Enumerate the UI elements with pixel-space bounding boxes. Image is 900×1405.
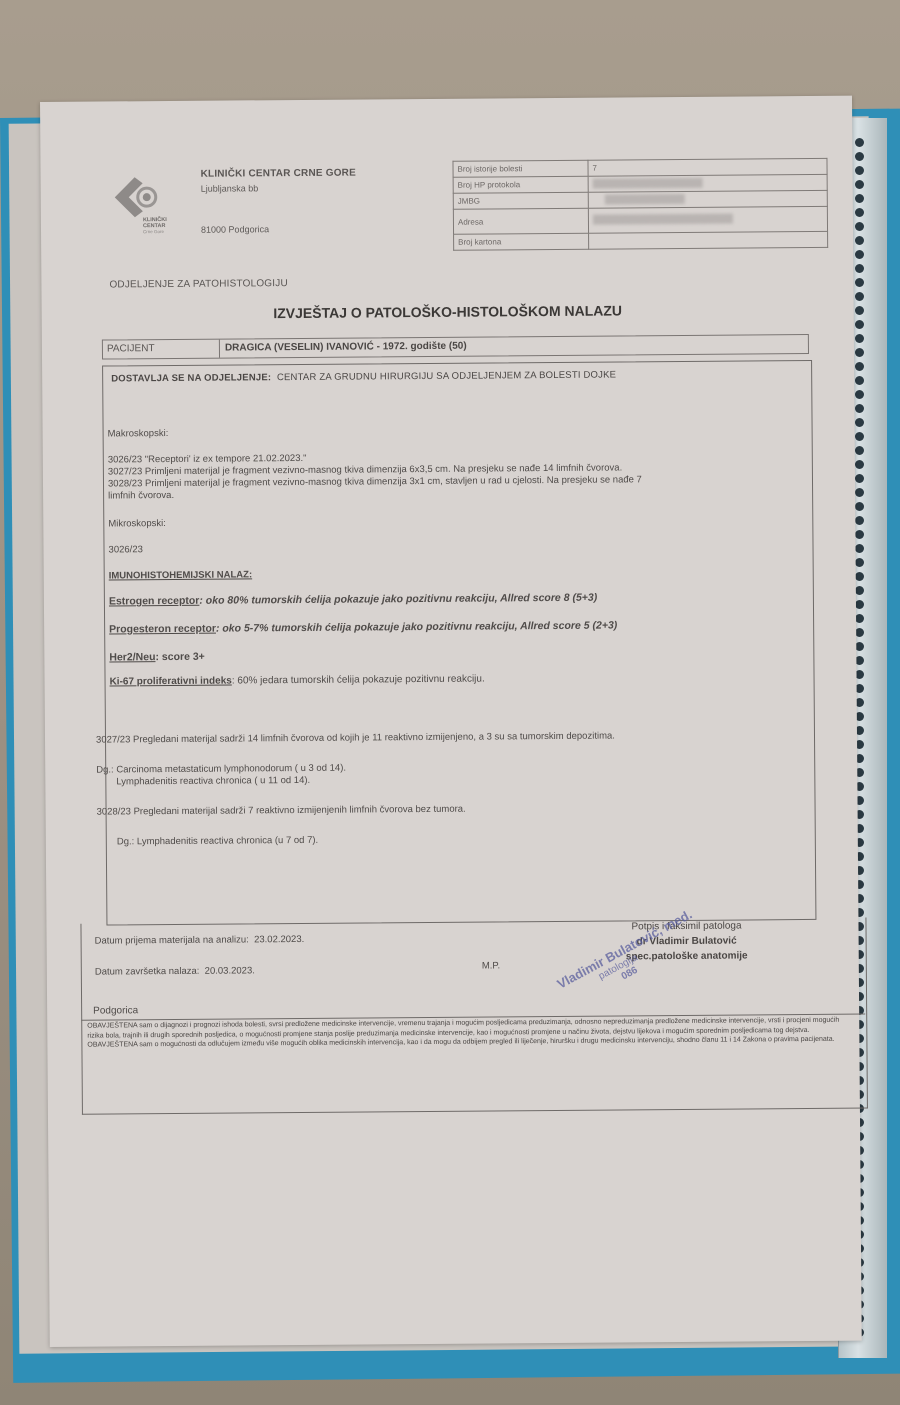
binder-hole: [855, 236, 864, 245]
diagnosis-1-line-2: Lymphadenitis reactiva chronica ( u 11 o…: [116, 775, 310, 788]
received-line: Datum prijema materijala na analizu: 23.…: [95, 934, 305, 947]
place: Podgorica: [93, 1005, 138, 1016]
binder-hole: [855, 432, 864, 441]
mp-seal-label: M.P.: [482, 960, 500, 971]
ki67-label: Ki-67 proliferativni indeks: [110, 676, 232, 688]
binder-hole: [855, 586, 864, 595]
er-line: Estrogen receptor: oko 80% tumorskih ćel…: [109, 592, 597, 608]
info-row: Broj kartona: [454, 231, 828, 250]
findings-box: DOSTAVLJA SE NA ODJELJENJE: CENTAR ZA GR…: [102, 360, 816, 926]
mikro-case: 3026/23: [108, 544, 142, 555]
binder-hole: [855, 320, 864, 329]
makroskopski-label: Makroskopski:: [108, 428, 169, 439]
logo-text-3: Crne Gore: [143, 229, 165, 234]
dostavlja-label: DOSTAVLJA SE NA ODJELJENJE:: [111, 372, 271, 384]
patient-name: DRAGICA (VESELIN) IVANOVIĆ - 1972. godiš…: [220, 338, 472, 358]
binder-hole: [855, 558, 864, 567]
binder-hole: [855, 628, 864, 637]
info-value: 7: [588, 158, 827, 176]
completed-label: Datum završetka nalaza:: [95, 966, 200, 978]
binder-hole: [855, 502, 864, 511]
hospital-street: Ljubljanska bb: [201, 183, 259, 193]
binder-hole: [855, 404, 864, 413]
binder-hole: [855, 418, 864, 427]
binder-hole: [855, 362, 864, 371]
finding-3028: 3028/23 Pregledani materijal sadrži 7 re…: [97, 804, 466, 818]
pr-label: Progesteron receptor: [109, 623, 216, 636]
binder-hole: [855, 334, 864, 343]
hospital-city: 81000 Podgorica: [201, 224, 269, 235]
dostavlja-line: DOSTAVLJA SE NA ODJELJENJE: CENTAR ZA GR…: [111, 369, 616, 384]
patient-consent-disclaimer: OBAVJEŠTENA sam o dijagnozi i prognozi i…: [87, 1016, 857, 1051]
binder-hole: [855, 292, 864, 301]
info-value-redacted: [588, 190, 827, 208]
patient-info-table: Broj istorije bolesti 7 Broj HP protokol…: [452, 158, 828, 251]
binder-hole: [855, 516, 864, 525]
binder-hole: [855, 390, 864, 399]
info-label: Broj istorije bolesti: [453, 160, 588, 177]
ihc-heading: IMUNOHISTOHEMIJSKI NALAZ:: [109, 569, 252, 581]
her2-label: Her2/Neu: [109, 651, 155, 663]
mikroskopski-label: Mikroskopski:: [108, 518, 166, 529]
binder-hole: [855, 306, 864, 315]
info-label: Adresa: [453, 208, 588, 234]
report-page: KLINIČKI CENTAR Crne Gore KLINIČKI CENTA…: [40, 96, 862, 1347]
received-label: Datum prijema materijala na analizu:: [95, 934, 249, 946]
er-value: : oko 80% tumorskih ćelija pokazuje jako…: [199, 592, 597, 607]
info-label: JMBG: [453, 192, 588, 209]
info-label: Broj kartona: [454, 233, 589, 250]
binder-hole: [855, 250, 864, 259]
ki67-value: : 60% jedara tumorskih ćelija pokazuje p…: [232, 674, 485, 687]
department-name: ODJELJENJE ZA PATOHISTOLOGIJU: [109, 278, 288, 290]
binder-hole: [855, 348, 864, 357]
info-value-redacted: [588, 174, 827, 192]
binder-hole: [855, 194, 864, 203]
binder-hole: [855, 642, 864, 651]
pr-line: Progesteron receptor: oko 5-7% tumorskih…: [109, 619, 617, 635]
info-label: Broj HP protokola: [453, 176, 588, 193]
er-label: Estrogen receptor: [109, 595, 200, 608]
diagnosis-2: Dg.: Lymphadenitis reactiva chronica (u …: [117, 835, 318, 848]
hospital-logo-icon: KLINIČKI CENTAR Crne Gore: [113, 173, 169, 235]
makro-line: 3026/23 "Receptori' iz ex tempore 21.02.…: [108, 453, 307, 466]
binder-hole: [855, 600, 864, 609]
her2-value: : score 3+: [155, 651, 204, 663]
info-row: Adresa: [453, 206, 827, 234]
ki67-line: Ki-67 proliferativni indeks: 60% jedara …: [110, 674, 485, 688]
binder-hole: [855, 530, 864, 539]
binder-hole: [855, 572, 864, 581]
binder-hole: [855, 222, 864, 231]
binder-hole: [855, 264, 864, 273]
diagnosis-1-line-1: Dg.: Carcinoma metastaticum lymphonodoru…: [96, 763, 346, 776]
report-title: IZVJEŠTAJ O PATOLOŠKO-HISTOLOŠKOM NALAZU: [42, 301, 854, 323]
completed-date: 20.03.2023.: [205, 965, 255, 976]
binder-hole: [855, 460, 864, 469]
binder-hole: [855, 376, 864, 385]
binder-hole: [855, 180, 864, 189]
her2-line: Her2/Neu: score 3+: [109, 651, 205, 664]
dostavlja-value: CENTAR ZA GRUDNU HIRURGIJU SA ODJELJENJE…: [277, 369, 616, 383]
binder-hole: [855, 488, 864, 497]
binder-hole: [855, 166, 864, 175]
binder-hole: [855, 208, 864, 217]
pr-value: : oko 5-7% tumorskih ćelija pokazuje jak…: [216, 619, 617, 634]
binder-hole: [855, 278, 864, 287]
finding-3027: 3027/23 Pregledani materijal sadrži 14 l…: [96, 731, 615, 746]
hospital-name: KLINIČKI CENTAR CRNE GORE: [201, 168, 356, 180]
completed-line: Datum završetka nalaza: 20.03.2023.: [95, 965, 255, 977]
binder-hole: [855, 474, 864, 483]
binder-hole: [855, 152, 864, 161]
binder-hole: [855, 614, 864, 623]
binder-hole: [855, 138, 864, 147]
received-date: 23.02.2023.: [254, 934, 304, 945]
makro-line: limfnih čvorova.: [108, 490, 174, 502]
info-value: [589, 231, 828, 249]
binder-hole: [855, 544, 864, 553]
patient-label: PACIJENT: [103, 340, 220, 359]
binder-hole: [855, 446, 864, 455]
patient-row: PACIJENT DRAGICA (VESELIN) IVANOVIĆ - 19…: [102, 334, 809, 360]
info-value-redacted: [588, 206, 827, 233]
